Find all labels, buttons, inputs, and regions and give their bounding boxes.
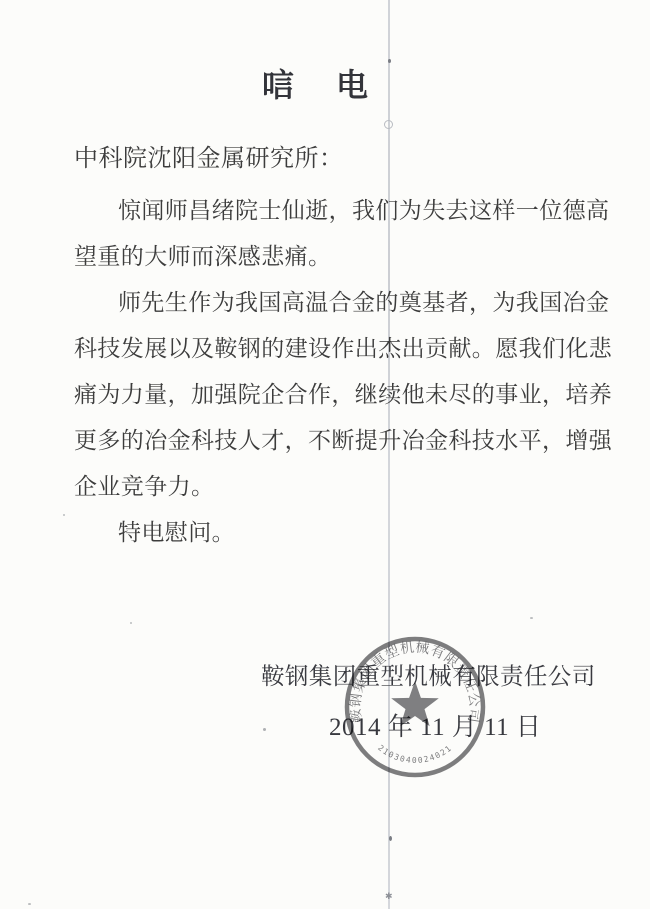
body-line: 企业竞争力。 xyxy=(74,464,594,510)
scan-artifact-dot xyxy=(130,622,132,624)
letter-body: 惊闻师昌绪院士仙逝，我们为失去这样一位德高 望重的大师而深感悲痛。 师先生作为我… xyxy=(74,188,594,556)
scan-artifact-ring xyxy=(384,120,393,129)
scan-artifact-star: ✱ xyxy=(385,892,393,901)
scan-artifact-dot xyxy=(28,903,31,905)
seal-serial-text: 2103040024021 xyxy=(376,743,454,765)
seal-star-icon xyxy=(391,681,439,726)
document-title: 唁电 xyxy=(262,60,410,106)
body-line: 望重的大师而深感悲痛。 xyxy=(74,234,594,280)
body-line: 惊闻师昌绪院士仙逝，我们为失去这样一位德高 xyxy=(74,188,594,234)
scan-artifact-dot xyxy=(389,836,392,841)
scan-artifact-dot xyxy=(63,514,65,516)
body-line: 师先生作为我国高温合金的奠基者，为我国冶金 xyxy=(74,280,594,326)
body-line: 更多的冶金科技人才，不断提升冶金科技水平，增强 xyxy=(74,418,594,464)
company-seal-stamp: 鞍钢集团重型机械有限责任公司 2103040024021 xyxy=(330,622,500,792)
body-line: 科技发展以及鞍钢的建设作出杰出贡献。愿我们化悲 xyxy=(74,326,594,372)
recipient-line: 中科院沈阳金属研究所： xyxy=(74,143,344,175)
body-line: 痛为力量，加强院企合作，继续他未尽的事业，培养 xyxy=(74,372,594,418)
scan-artifact-dot xyxy=(263,728,266,731)
scan-artifact-dot xyxy=(530,617,533,619)
scanned-condolence-letter: ✱ 唁电 中科院沈阳金属研究所： 惊闻师昌绪院士仙逝，我们为失去这样一位德高 望… xyxy=(0,0,650,909)
body-line: 特电慰问。 xyxy=(74,510,594,556)
